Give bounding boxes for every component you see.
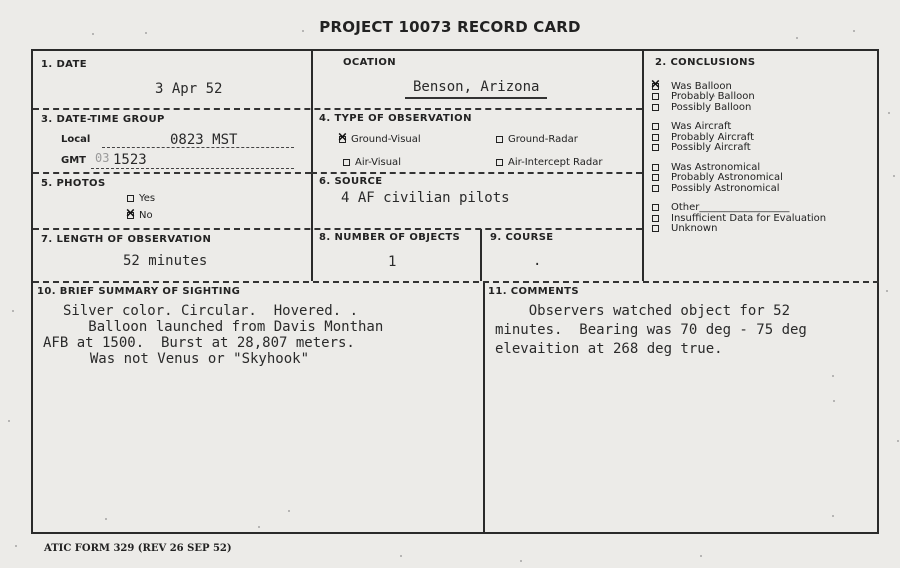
checkbox-icon <box>652 134 659 141</box>
checkbox-icon <box>652 104 659 111</box>
local-time-row: Local <box>61 134 90 145</box>
form-id: ATIC FORM 329 (REV 26 SEP 52) <box>44 543 232 554</box>
option-label: Ground-Radar <box>508 134 578 145</box>
conclusions-list: Was Balloon Probably Balloon Possibly Ba… <box>652 81 826 234</box>
date-time-group-label: 3. DATE-TIME GROUP <box>41 114 165 125</box>
checkbox-icon <box>652 204 659 211</box>
divider <box>33 281 879 283</box>
conclusion-label: Probably Balloon <box>671 91 755 102</box>
checkbox-icon <box>652 93 659 100</box>
brief-summary-label: 10. BRIEF SUMMARY OF SIGHTING <box>37 286 240 297</box>
conclusion-label: Other__________________ <box>671 202 789 213</box>
conclusion-label: Was Balloon <box>671 81 732 92</box>
conclusion-was-aircraft[interactable]: Was Aircraft <box>652 122 826 133</box>
local-time-value: 0823 MST <box>170 132 237 148</box>
option-air-visual[interactable]: Air-Visual <box>343 157 401 168</box>
conclusion-probably-aircraft[interactable]: Probably Aircraft <box>652 132 826 143</box>
conclusion-label: Unknown <box>671 223 717 234</box>
conclusion-probably-astronomical[interactable]: Probably Astronomical <box>652 173 826 184</box>
checkbox-icon <box>343 159 350 166</box>
divider <box>642 51 644 281</box>
gmt-row: GMT <box>61 155 86 166</box>
gmt-handwritten-note: 03 <box>95 151 109 165</box>
option-label: Air-Intercept Radar <box>508 157 603 168</box>
comments-line: minutes. Bearing was 70 deg - 75 deg <box>495 322 807 338</box>
conclusion-label: Insufficient Data for Evaluation <box>671 213 826 224</box>
photos-label: 5. PHOTOS <box>41 178 106 189</box>
divider <box>311 172 642 174</box>
gmt-underline <box>91 168 294 169</box>
option-label: Yes <box>139 193 155 204</box>
number-of-objects-label: 8. NUMBER OF OBJECTS <box>319 232 460 243</box>
divider <box>33 172 311 174</box>
option-ground-radar[interactable]: Ground-Radar <box>496 134 578 145</box>
conclusion-label: Possibly Balloon <box>671 102 751 113</box>
conclusion-was-balloon[interactable]: Was Balloon <box>652 81 826 92</box>
option-photos-no[interactable]: No <box>127 210 153 221</box>
brief-summary-line: Was not Venus or "Skyhook" <box>73 351 309 367</box>
option-air-intercept-radar[interactable]: Air-Intercept Radar <box>496 157 603 168</box>
option-ground-visual[interactable]: Ground-Visual <box>339 134 421 145</box>
course-label: 9. COURSE <box>490 232 554 243</box>
checkbox-icon <box>652 144 659 151</box>
local-label: Local <box>61 134 90 145</box>
conclusions-label: 2. CONCLUSIONS <box>655 57 756 68</box>
source-value: 4 AF civilian pilots <box>341 190 510 206</box>
checkbox-checked-icon <box>127 212 134 219</box>
conclusion-insufficient-data[interactable]: Insufficient Data for Evaluation <box>652 213 826 224</box>
location-label: OCATION <box>343 57 396 68</box>
date-value: 3 Apr 52 <box>155 81 222 97</box>
source-label: 6. SOURCE <box>319 176 383 187</box>
checkbox-checked-icon <box>652 83 659 90</box>
conclusion-unknown[interactable]: Unknown <box>652 224 826 235</box>
length-of-observation-value: 52 minutes <box>123 253 207 269</box>
number-of-objects-value: 1 <box>388 254 396 270</box>
course-value: . <box>533 253 541 269</box>
option-label: Air-Visual <box>355 157 401 168</box>
checkbox-icon <box>652 225 659 232</box>
divider <box>33 228 642 230</box>
card-title: PROJECT 10073 RECORD CARD <box>0 18 900 36</box>
conclusion-possibly-astronomical[interactable]: Possibly Astronomical <box>652 183 826 194</box>
option-photos-yes[interactable]: Yes <box>127 193 155 204</box>
comments-label: 11. COMMENTS <box>488 286 579 297</box>
option-label: Ground-Visual <box>351 134 421 145</box>
brief-summary-line: Balloon launched from Davis Monthan <box>63 319 383 335</box>
location-value: Benson, Arizona <box>405 79 547 99</box>
type-of-observation-label: 4. TYPE OF OBSERVATION <box>319 113 472 124</box>
checkbox-icon <box>652 215 659 222</box>
conclusion-label: Probably Astronomical <box>671 172 783 183</box>
checkbox-icon <box>496 136 503 143</box>
conclusion-label: Possibly Aircraft <box>671 142 751 153</box>
conclusion-label: Was Astronomical <box>671 162 760 173</box>
divider <box>33 108 642 110</box>
checkbox-icon <box>652 185 659 192</box>
brief-summary-line: AFB at 1500. Burst at 28,807 meters. <box>43 335 355 351</box>
conclusion-label: Probably Aircraft <box>671 132 754 143</box>
checkbox-checked-icon <box>339 136 346 143</box>
gmt-label: GMT <box>61 155 86 166</box>
conclusion-label: Possibly Astronomical <box>671 183 780 194</box>
conclusion-probably-balloon[interactable]: Probably Balloon <box>652 92 826 103</box>
comments-line: Observers watched object for 52 <box>495 303 790 319</box>
conclusion-possibly-balloon[interactable]: Possibly Balloon <box>652 102 826 113</box>
checkbox-icon <box>652 164 659 171</box>
checkbox-icon <box>127 195 134 202</box>
divider <box>483 281 485 534</box>
option-label: No <box>139 210 153 221</box>
date-label: 1. DATE <box>41 59 87 70</box>
checkbox-icon <box>652 174 659 181</box>
conclusion-possibly-aircraft[interactable]: Possibly Aircraft <box>652 143 826 154</box>
divider <box>311 51 313 281</box>
conclusion-other[interactable]: Other__________________ <box>652 203 826 214</box>
record-card: 1. DATE 3 Apr 52 OCATION Benson, Arizona… <box>31 49 879 534</box>
brief-summary-line: Silver color. Circular. Hovered. . <box>63 303 358 319</box>
checkbox-icon <box>652 123 659 130</box>
gmt-time-value: 1523 <box>113 152 147 168</box>
conclusion-label: Was Aircraft <box>671 121 731 132</box>
checkbox-icon <box>496 159 503 166</box>
divider <box>480 229 482 281</box>
conclusion-was-astronomical[interactable]: Was Astronomical <box>652 162 826 173</box>
length-of-observation-label: 7. LENGTH OF OBSERVATION <box>41 234 211 245</box>
comments-line: elevaition at 268 deg true. <box>495 341 723 357</box>
